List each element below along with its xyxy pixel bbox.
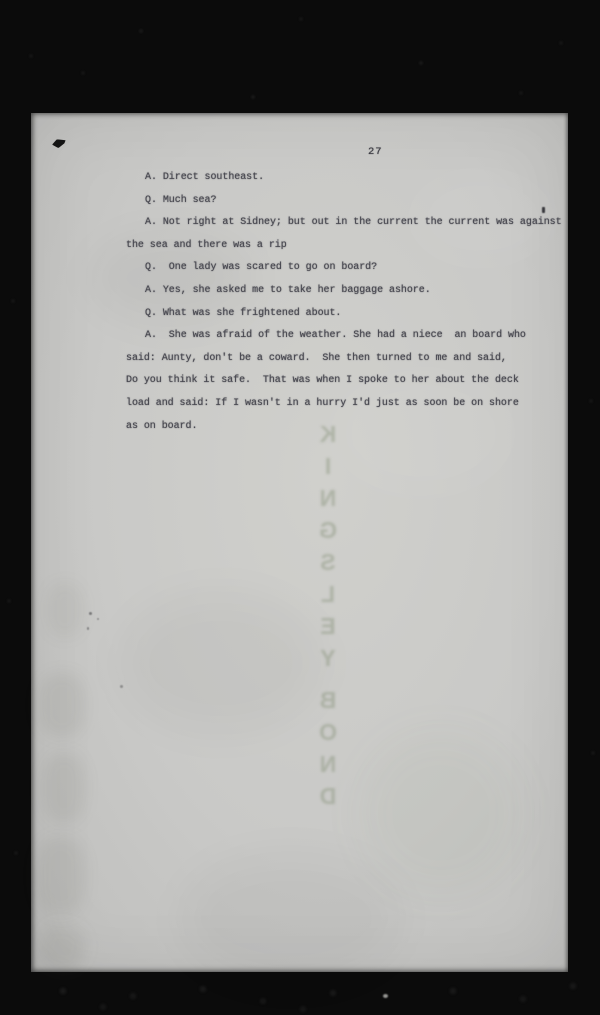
typed-line: Q. One lady was scared to go on board? [145, 257, 586, 280]
typed-line: A. Not right at Sidney; but out in the c… [145, 212, 586, 235]
paper-texture [181, 853, 401, 983]
paper-texture [121, 593, 321, 733]
paper-watermark-line2: BOND [315, 687, 342, 815]
pencil-speck [87, 627, 89, 630]
typed-line: Q. What was she frightened about. [145, 303, 586, 326]
typed-line: said: Aunty, don't be a coward. She then… [126, 348, 586, 371]
bleedthrough-smudge [47, 583, 83, 637]
dust-speck [383, 994, 388, 998]
pencil-speck [120, 685, 123, 688]
bleedthrough-smudge [37, 921, 89, 973]
document-page: 27 A. Direct southeast.Q. Much sea?A. No… [31, 113, 568, 972]
pencil-speck [89, 612, 92, 615]
ink-speck [542, 207, 545, 213]
page-number: 27 [368, 146, 383, 158]
typed-line: as on board. [126, 416, 586, 439]
typed-line: A. She was afraid of the weather. She ha… [145, 325, 586, 348]
typed-line: load and said: If I wasn't in a hurry I'… [126, 393, 586, 416]
typed-line: A. Yes, she asked me to take her baggage… [145, 280, 586, 303]
bleedthrough-smudge [39, 673, 85, 737]
paper-texture [361, 733, 521, 893]
margin-arrow-mark [52, 138, 67, 148]
typed-line: A. Direct southeast. [145, 167, 586, 190]
bleedthrough-smudge [43, 753, 85, 823]
paper-watermark-line1: KINGSLEY [315, 421, 342, 677]
scan-background: 27 A. Direct southeast.Q. Much sea?A. No… [0, 0, 600, 1015]
background-noise [0, 0, 2, 2]
bleedthrough-smudge [37, 837, 85, 915]
pencil-speck [97, 618, 99, 620]
transcript-text: A. Direct southeast.Q. Much sea?A. Not r… [126, 167, 586, 438]
typed-line: Do you think it safe. That was when I sp… [126, 370, 586, 393]
typed-line: the sea and there was a rip [126, 235, 586, 258]
typed-line: Q. Much sea? [145, 190, 586, 213]
